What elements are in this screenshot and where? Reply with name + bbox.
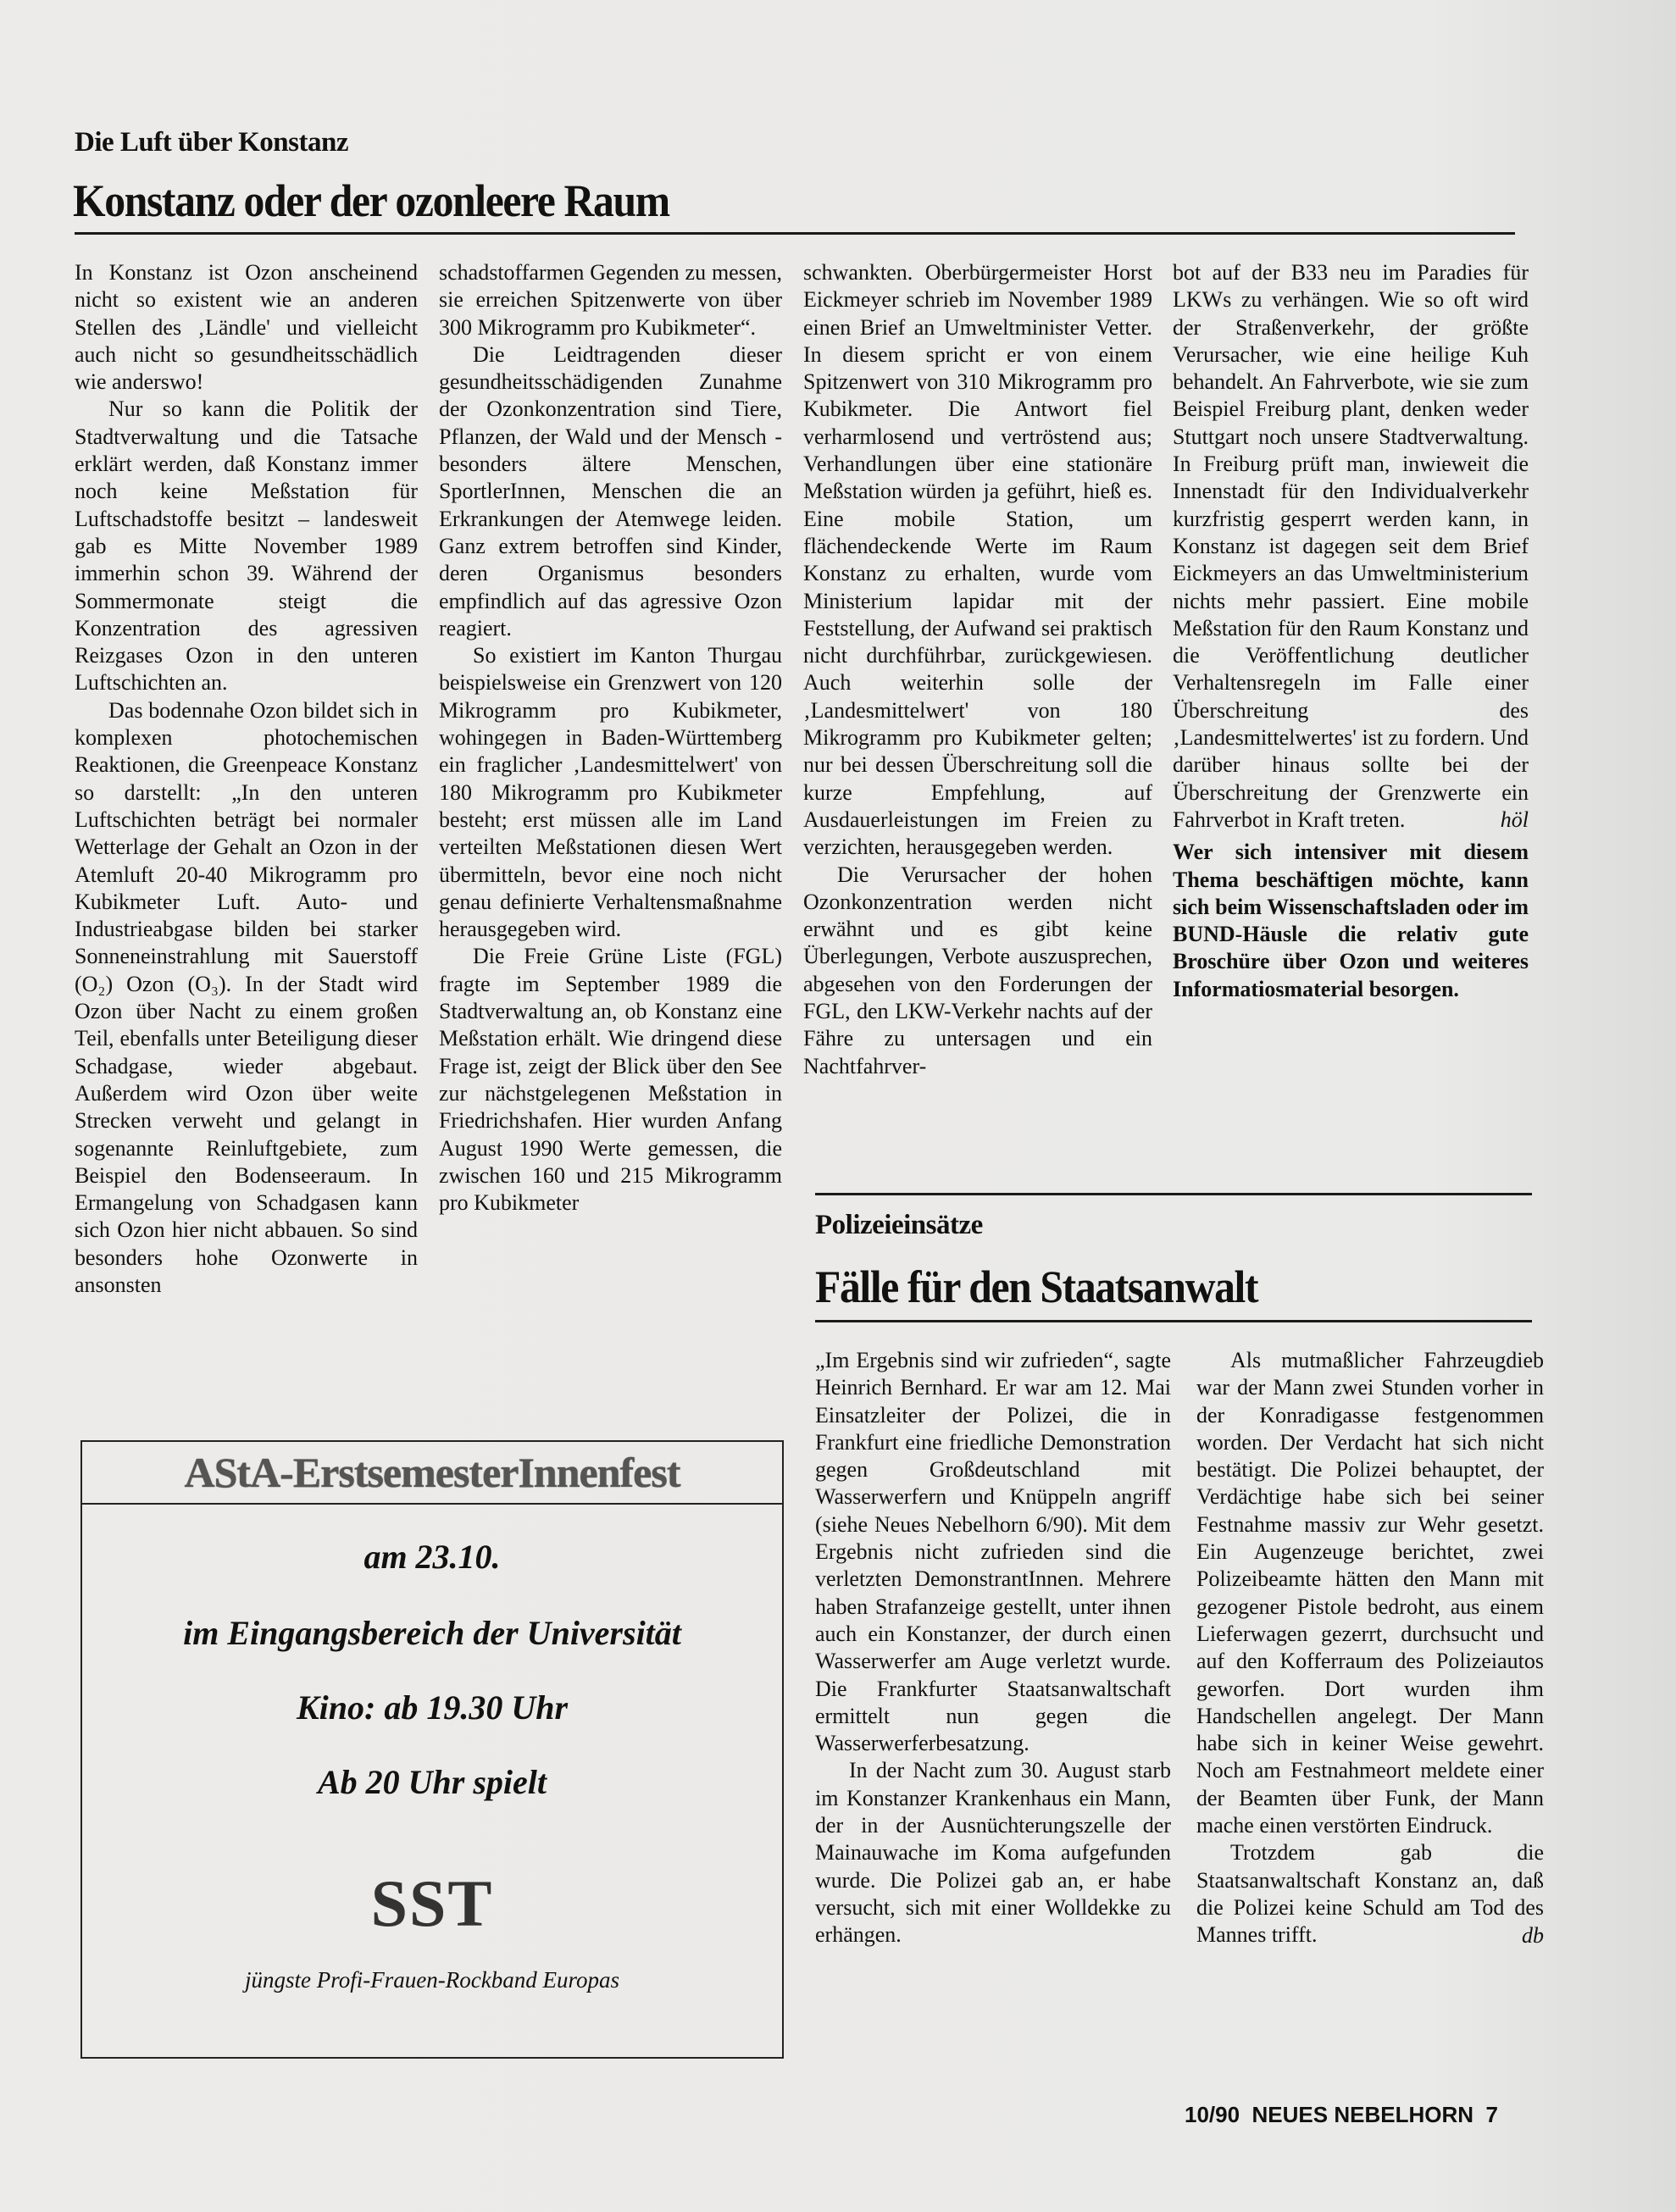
author-signature: db <box>1522 1922 1544 1949</box>
ad-cinema-time: Kino: ab 19.30 Uhr <box>82 1688 782 1727</box>
paragraph: schadstoffarmen Gegenden zu messen, sie … <box>439 259 782 341</box>
ad-band-tagline: jüngste Profi-Frauen-Rockband Europas <box>82 1967 782 1993</box>
ad-band-name: SST <box>82 1866 782 1942</box>
paragraph: bot auf der B33 neu im Paradies für LKWs… <box>1173 259 1529 834</box>
article2-kicker: Polizeieinsätze <box>815 1210 983 1241</box>
article2-column-2: Als mutmaßlicher Fahrzeugdieb war der Ma… <box>1196 1347 1544 1949</box>
article2-rule <box>815 1320 1532 1322</box>
article1-column-3: schwankten. Oberbürgermeister Horst Eick… <box>803 259 1152 1080</box>
ad-location: im Eingangsbereich der Universität <box>82 1613 782 1653</box>
page-number: 7 <box>1485 2102 1497 2127</box>
paragraph: Die Freie Grüne Liste (FGL) fragte im Se… <box>439 943 782 1217</box>
article1-column-1: In Konstanz ist Ozon anscheinend nicht s… <box>75 259 418 1299</box>
info-note: Wer sich intensiver mit diesem Thema bes… <box>1173 839 1529 1003</box>
event-advertisement: AStA-ErstsemesterInnenfest am 23.10. im … <box>80 1440 784 2059</box>
article1-headline: Konstanz oder der ozonleere Raum <box>73 175 669 227</box>
ad-title: AStA-ErstsemesterInnenfest <box>82 1442 782 1505</box>
paragraph: schwankten. Oberbürgermeister Horst Eick… <box>803 259 1152 862</box>
paragraph: Als mutmaßlicher Fahrzeugdieb war der Ma… <box>1196 1347 1544 1839</box>
publication-name: NEUES NEBELHORN <box>1252 2102 1473 2127</box>
page-footer: 10/90 NEUES NEBELHORN 7 <box>1185 2102 1498 2128</box>
paragraph: So existiert im Kanton Thurgau beispiels… <box>439 642 782 943</box>
paragraph: Die Leidtragenden dieser gesundheitsschä… <box>439 341 782 642</box>
paragraph: Trotzdem gab die Staatsanwaltschaft Kons… <box>1196 1839 1544 1949</box>
article2-top-rule <box>815 1193 1532 1195</box>
paragraph: In Konstanz ist Ozon anscheinend nicht s… <box>75 259 418 396</box>
ad-date: am 23.10. <box>82 1537 782 1577</box>
article1-column-2: schadstoffarmen Gegenden zu messen, sie … <box>439 259 782 1217</box>
paragraph: „Im Ergebnis sind wir zufrieden“, sagte … <box>815 1347 1171 1757</box>
paragraph: Das bodennahe Ozon bildet sich in komple… <box>75 697 418 1300</box>
article2-column-1: „Im Ergebnis sind wir zufrieden“, sagte … <box>815 1347 1171 1949</box>
article1-kicker: Die Luft über Konstanz <box>75 127 348 158</box>
article1-rule <box>75 232 1515 235</box>
paragraph: Die Verursacher der hohen Ozonkonzentrat… <box>803 862 1152 1080</box>
author-signature: höl <box>1501 807 1529 834</box>
article1-column-4: bot auf der B33 neu im Paradies für LKWs… <box>1173 259 1529 1003</box>
article2-headline: Fälle für den Staatsanwalt <box>815 1261 1257 1313</box>
paragraph: In der Nacht zum 30. August starb im Kon… <box>815 1757 1171 1949</box>
issue-number: 10/90 <box>1185 2102 1240 2127</box>
ad-music-intro: Ab 20 Uhr spielt <box>82 1762 782 1802</box>
paragraph: Nur so kann die Politik der Stadtverwalt… <box>75 396 418 696</box>
